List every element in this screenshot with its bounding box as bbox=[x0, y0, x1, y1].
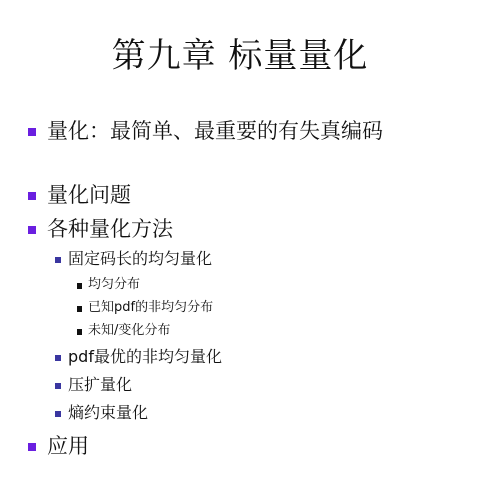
sub-sub-bullet-item: 均匀分布 bbox=[88, 276, 140, 294]
bullet-text: 量化：最简单、最重要的有失真编码 bbox=[47, 119, 383, 143]
bullet-item: 量化：最简单、最重要的有失真编码 bbox=[47, 117, 383, 145]
bullet-square-icon bbox=[77, 329, 82, 335]
bullet-square-icon bbox=[77, 306, 82, 312]
bullet-square-icon bbox=[28, 192, 36, 200]
sub-bullet-item: 固定码长的均匀量化 bbox=[68, 248, 212, 270]
bullet-item: 各种量化方法 bbox=[47, 215, 173, 243]
bullet-text: pdf最优的非均匀量化 bbox=[68, 347, 222, 366]
sub-bullet-item: pdf最优的非均匀量化 bbox=[68, 346, 222, 368]
bullet-text: 未知/变化分布 bbox=[88, 323, 170, 338]
bullet-text: 均匀分布 bbox=[88, 277, 140, 292]
sub-sub-bullet-item: 已知pdf的非均匀分布 bbox=[88, 299, 213, 317]
bullet-square-icon bbox=[28, 443, 36, 451]
bullet-item: 量化问题 bbox=[47, 181, 131, 209]
slide-title: 第九章 标量量化 bbox=[0, 34, 480, 78]
bullet-square-icon bbox=[77, 283, 82, 289]
sub-sub-bullet-item: 未知/变化分布 bbox=[88, 322, 170, 340]
bullet-square-icon bbox=[55, 411, 61, 417]
bullet-item: 应用 bbox=[47, 432, 89, 460]
sub-bullet-item: 熵约束量化 bbox=[68, 402, 148, 424]
bullet-square-icon bbox=[55, 257, 61, 263]
bullet-text: 已知pdf的非均匀分布 bbox=[88, 300, 213, 315]
bullet-text: 固定码长的均匀量化 bbox=[68, 249, 212, 268]
bullet-square-icon bbox=[28, 226, 36, 234]
bullet-square-icon bbox=[55, 383, 61, 389]
sub-bullet-item: 压扩量化 bbox=[68, 374, 132, 396]
bullet-text: 熵约束量化 bbox=[68, 403, 148, 422]
bullet-text: 各种量化方法 bbox=[47, 217, 173, 241]
bullet-square-icon bbox=[28, 128, 36, 136]
bullet-text: 应用 bbox=[47, 434, 89, 458]
bullet-square-icon bbox=[55, 355, 61, 361]
bullet-text: 压扩量化 bbox=[68, 375, 132, 394]
bullet-text: 量化问题 bbox=[47, 183, 131, 207]
